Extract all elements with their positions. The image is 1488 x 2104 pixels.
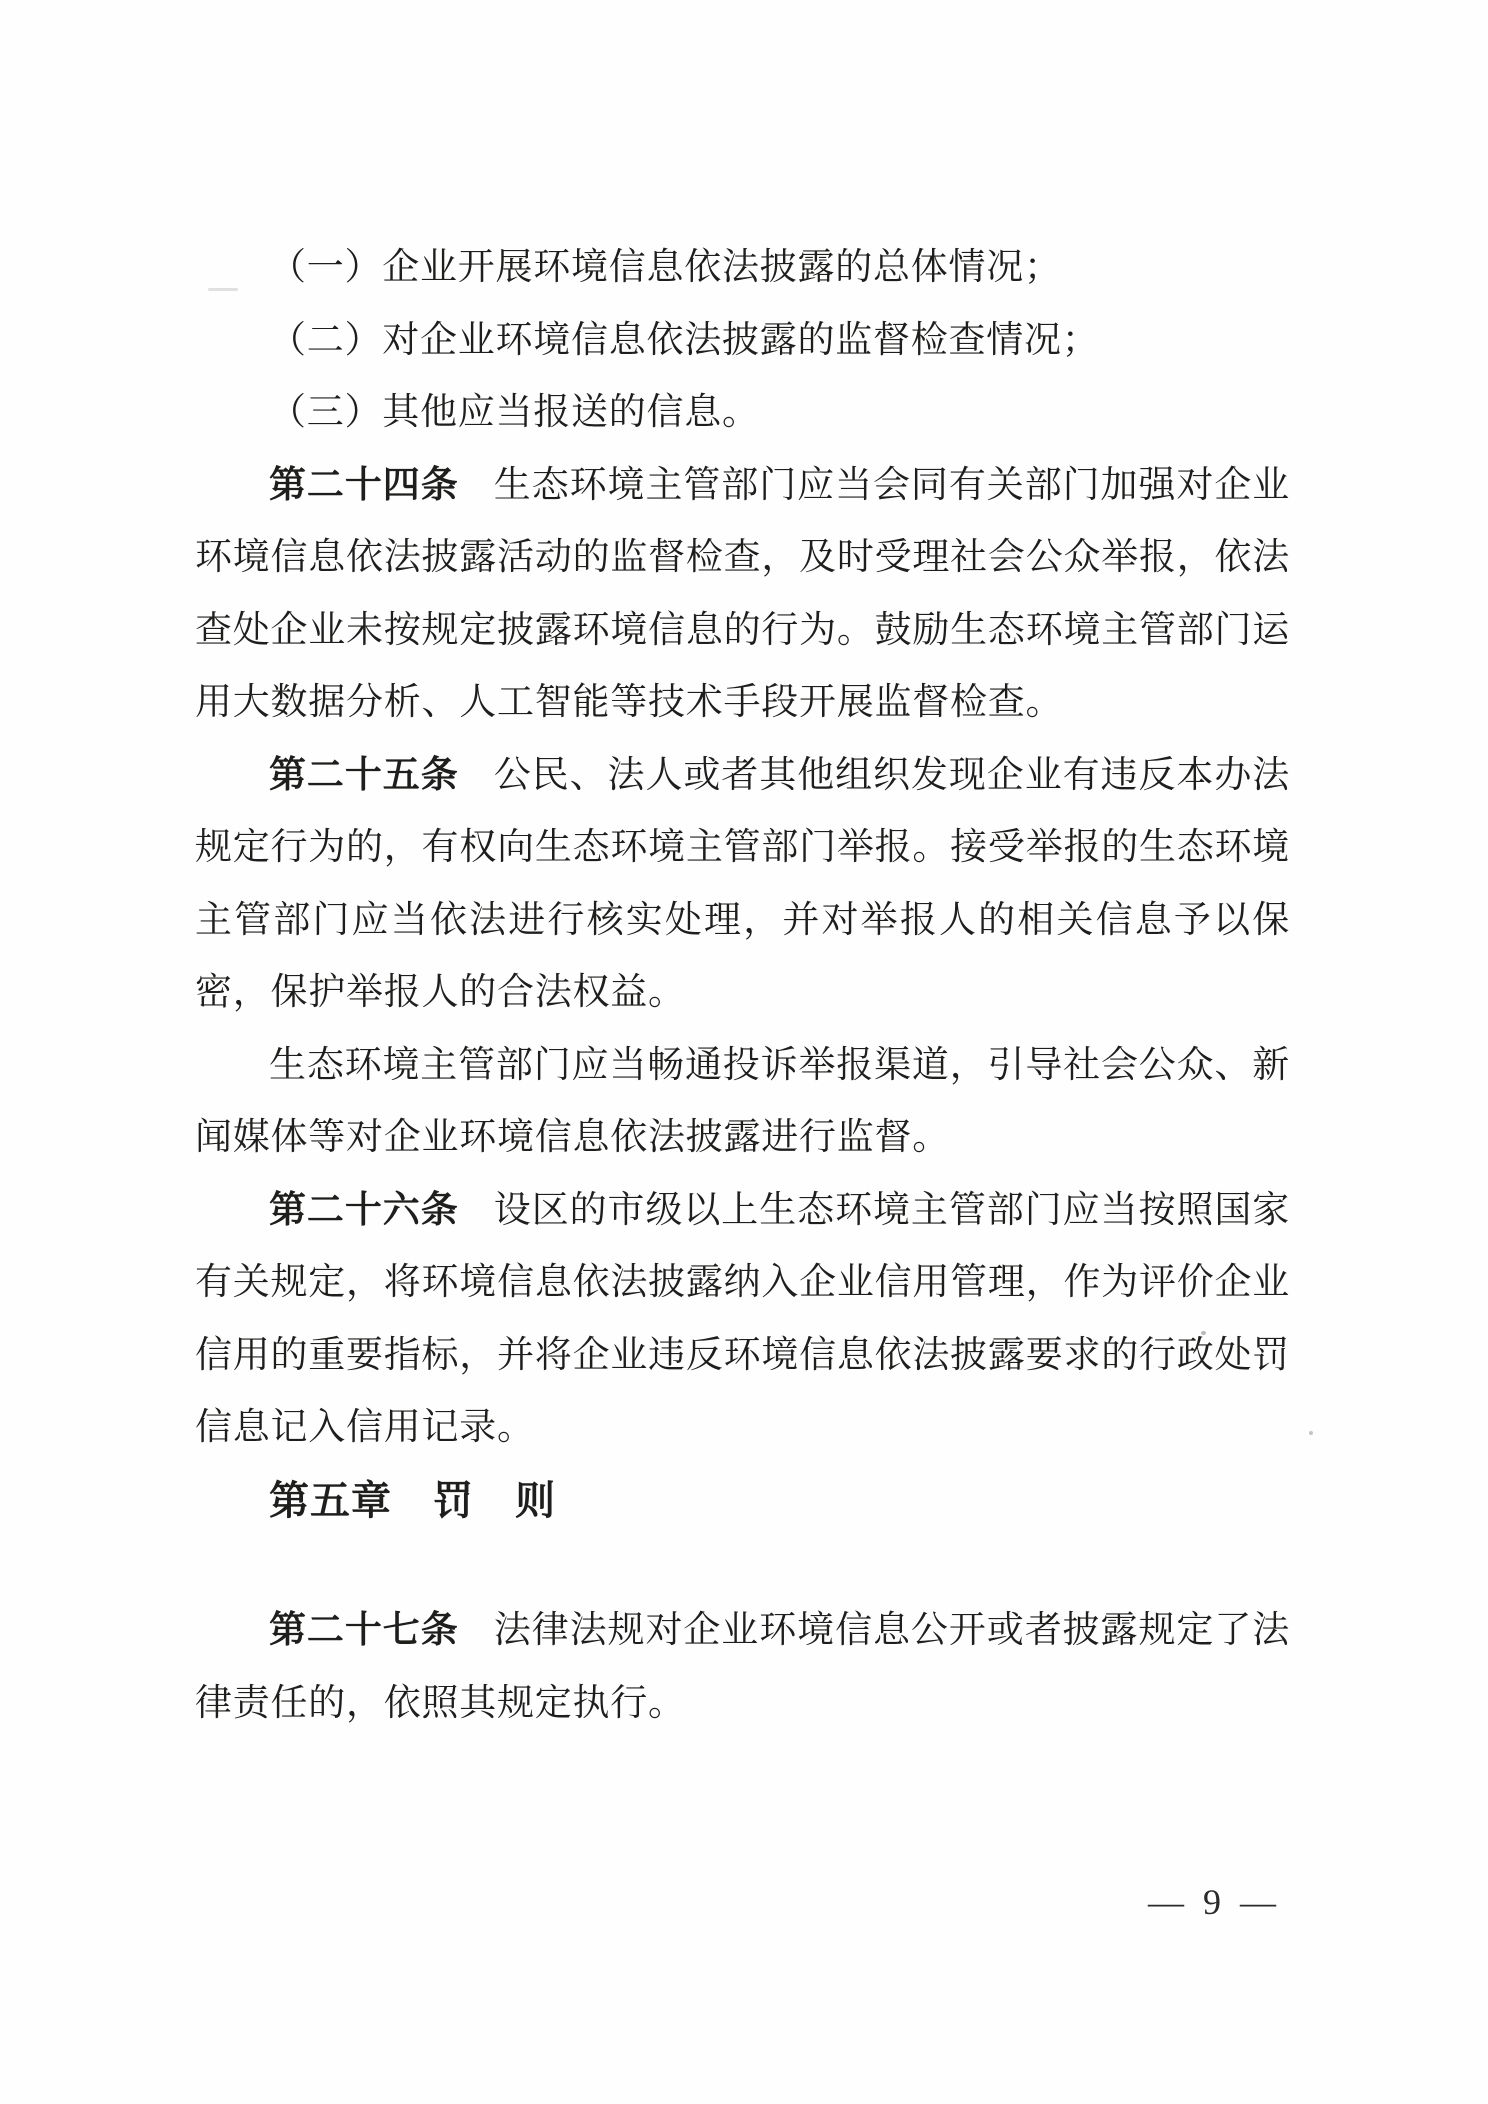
article-24-paragraph: 第二十四条生态环境主管部门应当会同有关部门加强对企业环境信息依法披露活动的监督检… <box>195 450 1290 740</box>
article-27-term: 第二十七条 <box>269 1610 459 1651</box>
document-page: （一）企业开展环境信息依法披露的总体情况； （二）对企业环境信息依法披露的监督检… <box>0 0 1488 2104</box>
article-25b-text: 生态环境主管部门应当畅通投诉举报渠道，引导社会公众、新闻媒体等对企业环境信息依法… <box>195 1045 1290 1159</box>
chapter-heading: 第五章 罚 则 <box>195 1465 1290 1538</box>
article-24-term: 第二十四条 <box>269 465 459 506</box>
article-25-term: 第二十五条 <box>269 755 459 796</box>
article-25-continuation-paragraph: 生态环境主管部门应当畅通投诉举报渠道，引导社会公众、新闻媒体等对企业环境信息依法… <box>195 1030 1290 1175</box>
list-item-1-text: （一）企业开展环境信息依法披露的总体情况； <box>269 247 1062 288</box>
scan-smudge <box>208 288 238 291</box>
scan-speck <box>1309 1431 1313 1435</box>
article-26-paragraph: 第二十六条设区的市级以上生态环境主管部门应当按照国家有关规定，将环境信息依法披露… <box>195 1175 1290 1465</box>
page-number: — 9 — <box>1148 1884 1276 1920</box>
document-body: （一）企业开展环境信息依法披露的总体情况； （二）对企业环境信息依法披露的监督检… <box>195 232 1290 1740</box>
scan-speck <box>1201 1331 1206 1335</box>
article-27-paragraph: 第二十七条法律法规对企业环境信息公开或者披露规定了法律责任的，依照其规定执行。 <box>195 1595 1290 1740</box>
list-item-2-text: （二）对企业环境信息依法披露的监督检查情况； <box>269 320 1100 361</box>
list-item-3: （三）其他应当报送的信息。 <box>195 377 1290 450</box>
article-25-paragraph: 第二十五条公民、法人或者其他组织发现企业有违反本办法规定行为的，有权向生态环境主… <box>195 740 1290 1030</box>
list-item-3-text: （三）其他应当报送的信息。 <box>269 392 760 433</box>
article-26-term: 第二十六条 <box>269 1190 459 1231</box>
list-item-1: （一）企业开展环境信息依法披露的总体情况； <box>195 232 1290 305</box>
list-item-2: （二）对企业环境信息依法披露的监督检查情况； <box>195 305 1290 378</box>
